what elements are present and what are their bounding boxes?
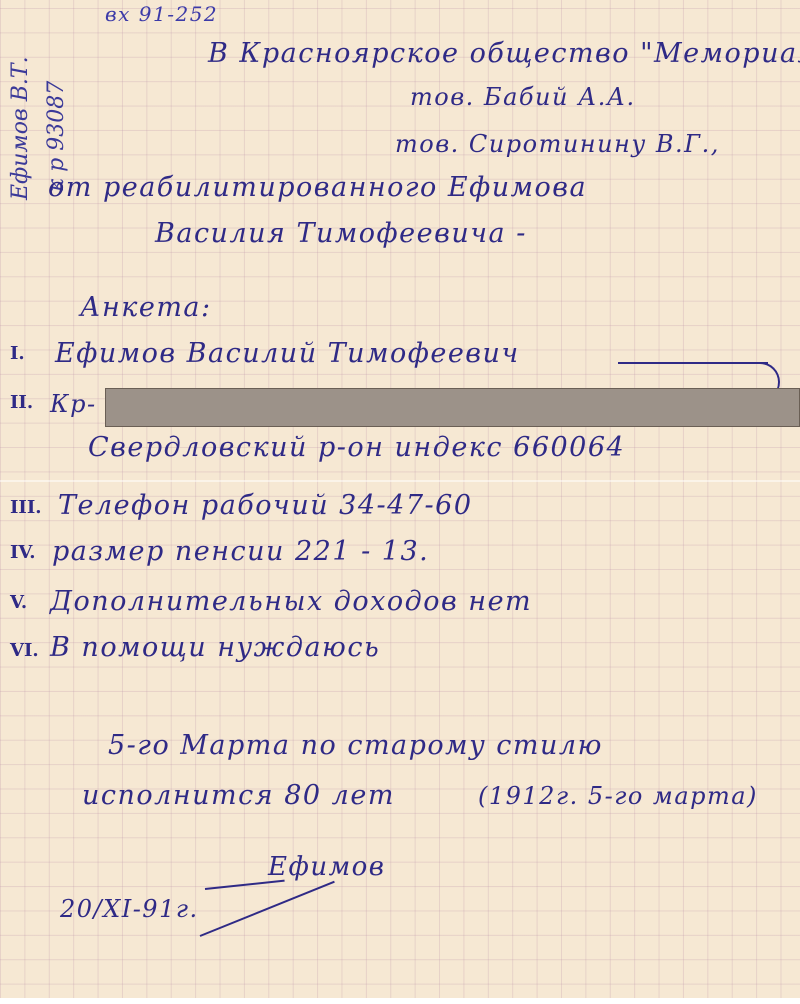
addressee-line-1: В Красноярское общество "Мемориал" [208,38,800,69]
birthday-note-line-1: 5-го Марта по старому стилю [108,730,603,761]
margin-note-name: Ефимов В.Т. [8,56,33,200]
addressee-line-3: тов. Сиротинину В.Г., [395,130,720,158]
reference-number: вх 91-252 [105,2,218,26]
from-line-2: Василия Тимофеевича - [155,218,527,249]
birthday-note-line-2: исполнится 80 лет [82,780,395,811]
signature-loop-stroke [205,880,285,890]
birth-date-parenthetical: (1912г. 5-го марта) [478,782,758,810]
paper-fold-crease [0,480,800,482]
item-numeral-5: V. [10,592,27,613]
item-district-index: Свердловский р-он индекс 660064 [88,432,625,463]
item-pension-size: размер пенсии 221 - 13. [52,536,429,567]
item-numeral-4: IV. [10,542,36,563]
redacted-address [105,388,800,427]
item-need-help: В помощи нуждаюсь [50,632,380,663]
item-numeral-3: III. [10,497,42,518]
addressee-line-2: тов. Бабий А.А. [410,83,636,111]
questionnaire-title: Анкета: [80,292,212,323]
item-extra-income: Дополнительных доходов нет [50,586,532,617]
item-address-prefix: Кр- [50,390,97,418]
letter-date: 20/XI-91г. [60,895,199,923]
from-line-1: от реабилитированного Ефимова [48,172,587,203]
signature-flourish [200,881,335,937]
notebook-page: вх 91-252 Ефимов В.Т. к р 93087 В Красно… [0,0,800,998]
signature: Ефимов [268,852,385,882]
item-work-phone: Телефон рабочий 34-47-60 [58,490,473,521]
item-full-name: Ефимов Василий Тимофеевич [55,338,520,369]
item-numeral-1: I. [10,343,25,364]
item-numeral-6: VI. [10,640,39,661]
item-numeral-2: II. [10,392,33,413]
